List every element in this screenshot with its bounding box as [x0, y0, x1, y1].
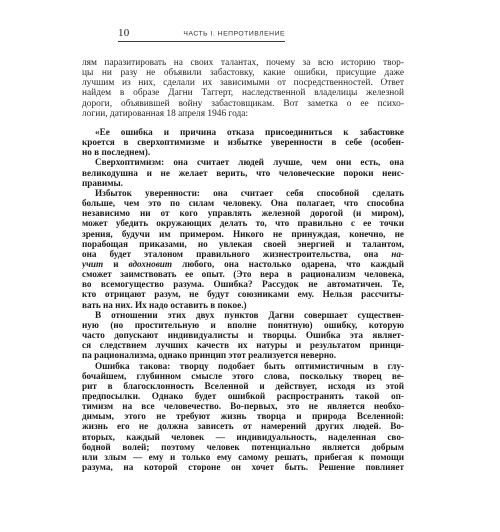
text-segment: зрения, будучи им примером. Никого не пр… — [82, 229, 404, 239]
text-segment: предпосылки. Однако будет ошибкой распро… — [82, 391, 404, 401]
text-line: па рационализма, однако принцип этот реа… — [82, 350, 404, 360]
paragraph: Ошибка такова: творцу подобает быть опти… — [82, 361, 404, 473]
text-line: ся следствием лучших качеств их натуры и… — [82, 340, 404, 350]
text-segment: но в последнем). — [82, 147, 150, 157]
text-segment: рит в благосклонность Вселенной и действ… — [82, 381, 404, 391]
text-line: логии, датированная 18 апреля 1946 года: — [82, 109, 404, 119]
text-segment: во всемогущество разума. Ошибка? Рассудо… — [82, 279, 404, 289]
text-line: рит в благосклонность Вселенной и действ… — [82, 381, 404, 391]
text-line: она будет эталоном правильного жизнестро… — [82, 249, 404, 259]
text-segment: разума, на которой стороне он хочет быть… — [82, 462, 404, 472]
paragraph: лям паразитировать на своих талантах, по… — [82, 58, 404, 119]
text-line: дороги, объявившей войну забастовщикам. … — [82, 99, 404, 109]
text-line: учит и вдохновит любого, она настолько о… — [82, 259, 404, 269]
text-segment: Избыток уверенности: она считает себя сп… — [95, 188, 404, 198]
text-line: жизнь его не должна зависеть от намерени… — [82, 421, 404, 431]
text-line: бодной волей; поэтому человек потенциаль… — [82, 442, 404, 452]
text-segment: кроется в сверхоптимизме и избытке увере… — [82, 137, 404, 147]
text-segment: жизнь его не должна зависеть от намерени… — [82, 421, 404, 431]
text-line: или злым — ему и только ему самому решат… — [82, 452, 404, 462]
text-segment: правимы. — [82, 178, 123, 188]
text-segment: бодной волей; поэтому человек потенциаль… — [82, 442, 404, 452]
text-segment: дороги, объявившей войну забастовщикам. … — [82, 99, 404, 109]
text-segment: независимо ни от кого управлять железной… — [82, 208, 404, 218]
text-line: найдем в образе Дагни Таггерт, наследств… — [82, 88, 404, 98]
text-segment: лучшим из них, сделали их зависимыми от … — [82, 78, 404, 88]
book-page: 10 ЧАСТЬ I. НЕПРОТИВЛЕНИЕ лям паразитиро… — [0, 0, 500, 532]
text-line: порабощая приказами, но увлекая своей эн… — [82, 239, 404, 249]
paragraph: Избыток уверенности: она считает себя сп… — [82, 188, 404, 310]
text-line: зрения, будучи им примером. Никого не пр… — [82, 229, 404, 239]
text-segment: великодушна и не желает верить, что чело… — [82, 168, 404, 178]
text-line: лучшим из них, сделали их зависимыми от … — [82, 78, 404, 88]
text-segment: может убедить окружающих делать то, что … — [82, 218, 404, 228]
text-segment: тимизм на все человечество. Во-первых, э… — [82, 401, 404, 411]
text-line: ную (но простительную и вполне понятную)… — [82, 320, 404, 330]
text-line: Сверхоптимизм: она считает людей лучше, … — [82, 157, 404, 167]
text-line: димым, этого не требуют жизнь творца и п… — [82, 411, 404, 421]
text-segment: лям паразитировать на своих талантах, по… — [82, 58, 404, 68]
running-title: ЧАСТЬ I. НЕПРОТИВЛЕНИЕ — [183, 31, 285, 39]
text-segment: па рационализма, однако принцип этот реа… — [82, 350, 336, 360]
text-line: разума, на которой стороне он хочет быть… — [82, 462, 404, 472]
text-segment: цы ни разу не объявили забастовку, какие… — [82, 68, 404, 78]
text-line: больше, чем это по силам человеку. Она п… — [82, 198, 404, 208]
text-segment: сможет заимствовать ее опыт. (Это вера в… — [82, 269, 404, 279]
text-segment: она будет эталоном правильного жизнестро… — [82, 249, 391, 259]
text-line: но в последнем). — [82, 147, 404, 157]
text-segment: бочайшем, глубинном смысле этого слова, … — [82, 371, 404, 381]
paragraph: «Ее ошибка и причина отказа присоединить… — [82, 127, 404, 157]
text-line: Ошибка такова: творцу подобает быть опти… — [82, 361, 404, 371]
paragraph: Сверхоптимизм: она считает людей лучше, … — [82, 157, 404, 187]
text-line: часто допускают индивидуалисты и творцы.… — [82, 330, 404, 340]
text-segment: ся следствием лучших качеств их натуры и… — [82, 340, 404, 350]
text-segment: димым, этого не требуют жизнь творца и п… — [82, 411, 404, 421]
text-segment: вторых, каждый человек — индивидуальност… — [82, 432, 404, 442]
text-segment: вать на них. Их надо оставить в покое.) — [82, 300, 247, 310]
page-header: 10 ЧАСТЬ I. НЕПРОТИВЛЕНИЕ — [118, 28, 285, 42]
text-segment: или злым — ему и только ему самому решат… — [82, 452, 404, 462]
text-line: правимы. — [82, 178, 404, 188]
text-line: во всемогущество разума. Ошибка? Рассудо… — [82, 279, 404, 289]
text-line: цы ни разу не объявили забастовку, какие… — [82, 68, 404, 78]
text-segment: любого, она настолько одарена, что кажды… — [172, 259, 404, 269]
text-line: кто отрицают разум, не будут союзниками … — [82, 289, 404, 299]
intro-text: лям паразитировать на своих талантах, по… — [82, 58, 404, 119]
text-segment: кто отрицают разум, не будут союзниками … — [82, 289, 404, 299]
text-line: вать на них. Их надо оставить в покое.) — [82, 300, 404, 310]
text-line: предпосылки. Однако будет ошибкой распро… — [82, 391, 404, 401]
text-line: сможет заимствовать ее опыт. (Это вера в… — [82, 269, 404, 279]
emphasized-text: учит — [82, 259, 103, 269]
text-segment: и — [103, 259, 128, 269]
emphasized-text: на- — [391, 249, 404, 259]
text-line: кроется в сверхоптимизме и избытке увере… — [82, 137, 404, 147]
text-segment: больше, чем это по силам человеку. Она п… — [82, 198, 404, 208]
text-segment: Сверхоптимизм: она считает людей лучше, … — [95, 157, 404, 167]
text-segment: часто допускают индивидуалисты и творцы.… — [82, 330, 404, 340]
text-segment: Ошибка такова: творцу подобает быть опти… — [95, 361, 404, 371]
text-line: «Ее ошибка и причина отказа присоединить… — [82, 127, 404, 137]
text-segment: «Ее ошибка и причина отказа присоединить… — [95, 127, 404, 137]
text-line: Избыток уверенности: она считает себя сп… — [82, 188, 404, 198]
paragraph: В отношении этих двух пунктов Дагни сове… — [82, 310, 404, 361]
text-line: лям паразитировать на своих талантах, по… — [82, 58, 404, 68]
text-segment: логии, датированная 18 апреля 1946 года: — [82, 109, 248, 119]
text-line: великодушна и не желает верить, что чело… — [82, 168, 404, 178]
page-number: 10 — [118, 28, 130, 39]
text-line: вторых, каждый человек — индивидуальност… — [82, 432, 404, 442]
quote-block: «Ее ошибка и причина отказа присоединить… — [82, 127, 404, 472]
text-line: независимо ни от кого управлять железной… — [82, 208, 404, 218]
text-line: бочайшем, глубинном смысле этого слова, … — [82, 371, 404, 381]
text-segment: найдем в образе Дагни Таггерт, наследств… — [82, 88, 404, 98]
text-segment: порабощая приказами, но увлекая своей эн… — [82, 239, 404, 249]
text-line: может убедить окружающих делать то, что … — [82, 218, 404, 228]
text-segment: ную (но простительную и вполне понятную)… — [82, 320, 404, 330]
text-line: В отношении этих двух пунктов Дагни сове… — [82, 310, 404, 320]
emphasized-text: вдохновит — [129, 259, 173, 269]
text-line: тимизм на все человечество. Во-первых, э… — [82, 401, 404, 411]
text-segment: В отношении этих двух пунктов Дагни сове… — [95, 310, 404, 320]
text-block: лям паразитировать на своих талантах, по… — [82, 58, 404, 472]
